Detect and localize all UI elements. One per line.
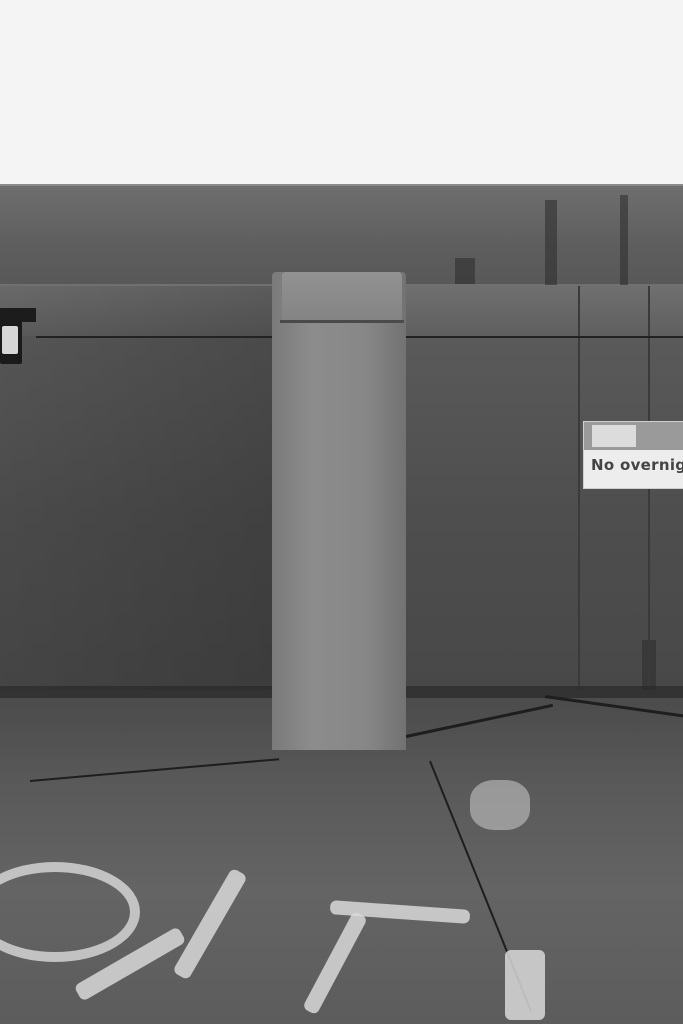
upper-wall xyxy=(0,186,683,286)
sign-text: No overnigh xyxy=(591,456,683,474)
wall-cable xyxy=(404,336,683,338)
parking-sign: No overnigh xyxy=(583,421,683,489)
wall-stain xyxy=(455,258,475,284)
photo-scene: No overnigh xyxy=(0,0,683,1024)
painted-marking xyxy=(505,950,545,1020)
wall-seam xyxy=(648,286,650,692)
pillar-cap xyxy=(282,272,402,322)
wall-seam xyxy=(578,286,580,692)
concrete-pillar xyxy=(272,272,406,750)
wall-cable xyxy=(36,336,280,338)
wall-stain xyxy=(620,195,628,285)
sky xyxy=(0,0,683,186)
wall-lamp xyxy=(0,308,36,368)
wall-shade xyxy=(0,286,280,692)
sign-sticker xyxy=(592,425,636,447)
wall-stain xyxy=(545,200,557,285)
lamp-light-icon xyxy=(2,326,18,354)
floor-patch xyxy=(470,780,530,830)
pillar-cable xyxy=(280,320,404,323)
